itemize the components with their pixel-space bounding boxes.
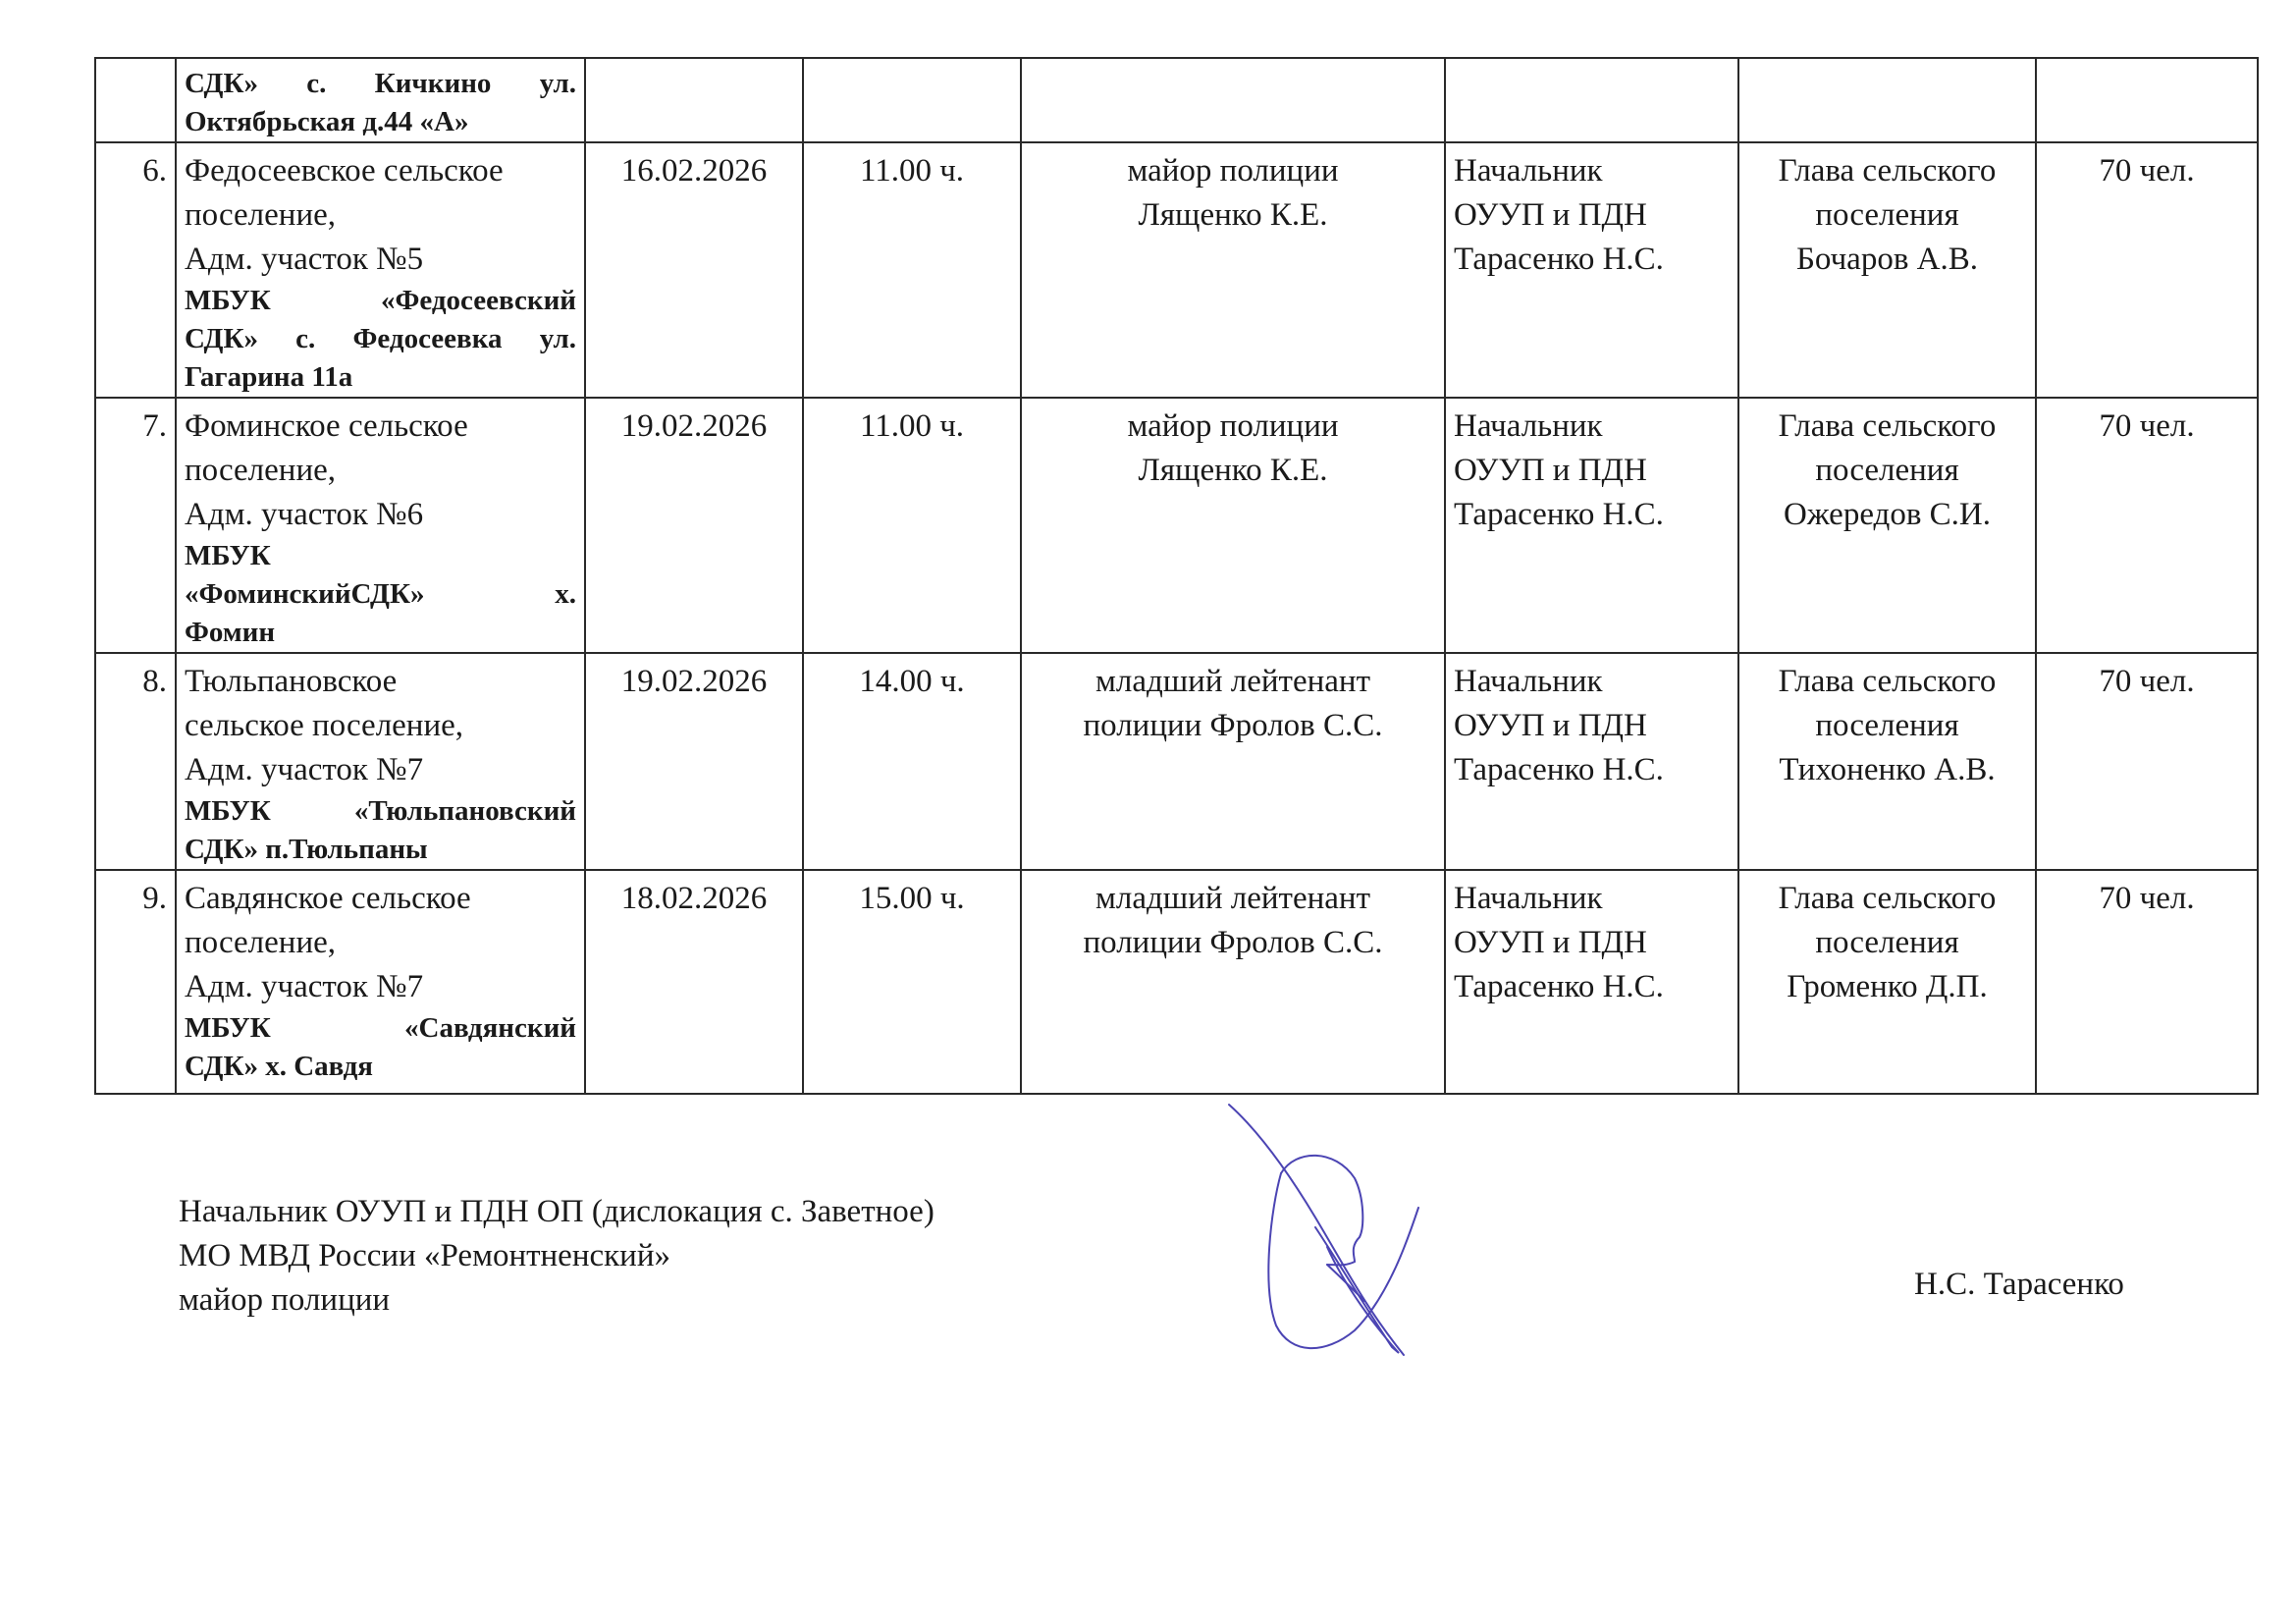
cell-chief: НачальникОУУП и ПДНТарасенко Н.С. <box>1445 870 1738 1094</box>
cell-number: 9. <box>95 870 176 1094</box>
place-line: Адм. участок №7 <box>185 965 576 1009</box>
cell-chief-line: Тарасенко Н.С. <box>1454 493 1730 537</box>
cell-count: 70 чел. <box>2036 398 2258 653</box>
cell-responsible: майор полицииЛященко К.Е. <box>1021 142 1445 398</box>
footer-organization-line: МО МВД России «Ремонтненский» <box>179 1234 934 1278</box>
place-line: Адм. участок №7 <box>185 748 576 792</box>
cell-time: 11.00 ч. <box>803 398 1021 653</box>
cell-head: Глава сельскогопоселенияБочаров А.В. <box>1738 142 2036 398</box>
place-bold-line: Октябрьская д.44 «А» <box>185 103 576 141</box>
place-line: сельское поселение, <box>185 704 576 748</box>
table-row: 9.Савдянское сельскоепоселение,Адм. учас… <box>95 870 2258 1094</box>
venue-line: СДК» х. Савдя <box>185 1048 576 1086</box>
venue-line: МБУК «Тюльпановский <box>185 792 576 831</box>
place-line: поселение, <box>185 449 576 493</box>
place-line: Фоминское сельское <box>185 405 576 449</box>
cell-chief: НачальникОУУП и ПДНТарасенко Н.С. <box>1445 398 1738 653</box>
cell-count: 70 чел. <box>2036 653 2258 870</box>
cell-place: Федосеевское сельскоепоселение,Адм. учас… <box>176 142 585 398</box>
cell-chief: НачальникОУУП и ПДНТарасенко Н.С. <box>1445 142 1738 398</box>
place-bold-line: СДК» с. Кичкино ул. <box>185 65 576 103</box>
cell-number <box>95 58 176 142</box>
cell-chief: НачальникОУУП и ПДНТарасенко Н.С. <box>1445 653 1738 870</box>
venue-line: Фомин <box>185 614 576 652</box>
cell-chief-line: Начальник <box>1454 877 1730 921</box>
cell-head-line: поселения <box>1747 449 2027 493</box>
cell-date: 19.02.2026 <box>585 398 803 653</box>
cell-time: 14.00 ч. <box>803 653 1021 870</box>
cell-chief-line: Тарасенко Н.С. <box>1454 238 1730 282</box>
cell-date: 16.02.2026 <box>585 142 803 398</box>
cell-head-line: поселения <box>1747 921 2027 965</box>
cell-place: Савдянское сельскоепоселение,Адм. участо… <box>176 870 585 1094</box>
place-line: Савдянское сельское <box>185 877 576 921</box>
cell-time: 15.00 ч. <box>803 870 1021 1094</box>
cell-chief-line: Начальник <box>1454 405 1730 449</box>
cell-head-line: Глава сельского <box>1747 149 2027 193</box>
schedule-table: СДК» с. Кичкино ул. Октябрьская д.44 «А»… <box>94 57 2259 1095</box>
footer-signature-block: Начальник ОУУП и ПДН ОП (дислокация с. З… <box>179 1190 934 1323</box>
cell-responsible <box>1021 58 1445 142</box>
cell-time: 11.00 ч. <box>803 142 1021 398</box>
venue-line: «ФоминскийСДК» х. <box>185 575 576 614</box>
cell-head-line: Глава сельского <box>1747 877 2027 921</box>
cell-head-line: поселения <box>1747 704 2027 748</box>
cell-responsible-line: младший лейтенант <box>1030 877 1436 921</box>
cell-head: Глава сельскогопоселенияГроменко Д.П. <box>1738 870 2036 1094</box>
cell-place: Тюльпановскоесельское поселение,Адм. уча… <box>176 653 585 870</box>
cell-chief-line: ОУУП и ПДН <box>1454 193 1730 238</box>
place-line: поселение, <box>185 193 576 238</box>
venue-line: СДК» п.Тюльпаны <box>185 831 576 869</box>
cell-chief-line: Тарасенко Н.С. <box>1454 748 1730 792</box>
cell-place: СДК» с. Кичкино ул. Октябрьская д.44 «А» <box>176 58 585 142</box>
venue-line: СДК» с. Федосеевка ул. <box>185 320 576 358</box>
cell-head-line: Глава сельского <box>1747 405 2027 449</box>
table-row: 6.Федосеевское сельскоепоселение,Адм. уч… <box>95 142 2258 398</box>
cell-chief-line: Начальник <box>1454 149 1730 193</box>
cell-number: 7. <box>95 398 176 653</box>
cell-count: 70 чел. <box>2036 870 2258 1094</box>
cell-head <box>1738 58 2036 142</box>
cell-responsible: младший лейтенантполиции Фролов С.С. <box>1021 870 1445 1094</box>
venue-line: МБУК «Савдянский <box>185 1009 576 1048</box>
table-row: 7.Фоминское сельскоепоселение,Адм. участ… <box>95 398 2258 653</box>
cell-count: 70 чел. <box>2036 142 2258 398</box>
cell-time <box>803 58 1021 142</box>
venue-line: МБУК «Федосеевский <box>185 282 576 320</box>
cell-responsible-line: Лященко К.Е. <box>1030 449 1436 493</box>
place-line: Тюльпановское <box>185 660 576 704</box>
cell-head-line: Тихоненко А.В. <box>1747 748 2027 792</box>
cell-responsible-line: майор полиции <box>1030 149 1436 193</box>
cell-head-line: Бочаров А.В. <box>1747 238 2027 282</box>
cell-responsible-line: Лященко К.Е. <box>1030 193 1436 238</box>
cell-head-line: Глава сельского <box>1747 660 2027 704</box>
table-row: 8.Тюльпановскоесельское поселение,Адм. у… <box>95 653 2258 870</box>
cell-head-line: Ожередов С.И. <box>1747 493 2027 537</box>
cell-head: Глава сельскогопоселенияОжередов С.И. <box>1738 398 2036 653</box>
cell-chief-line: Начальник <box>1454 660 1730 704</box>
cell-number: 8. <box>95 653 176 870</box>
cell-date: 18.02.2026 <box>585 870 803 1094</box>
place-line: Федосеевское сельское <box>185 149 576 193</box>
cell-head-line: Громенко Д.П. <box>1747 965 2027 1009</box>
cell-responsible: майор полицииЛященко К.Е. <box>1021 398 1445 653</box>
cell-head: Глава сельскогопоселенияТихоненко А.В. <box>1738 653 2036 870</box>
cell-count <box>2036 58 2258 142</box>
cell-responsible: младший лейтенантполиции Фролов С.С. <box>1021 653 1445 870</box>
cell-chief-line: ОУУП и ПДН <box>1454 921 1730 965</box>
place-line: Адм. участок №6 <box>185 493 576 537</box>
footer-rank-line: майор полиции <box>179 1278 934 1323</box>
cell-responsible-line: полиции Фролов С.С. <box>1030 704 1436 748</box>
venue-line: МБУК <box>185 537 576 575</box>
cell-responsible-line: младший лейтенант <box>1030 660 1436 704</box>
cell-responsible-line: полиции Фролов С.С. <box>1030 921 1436 965</box>
cell-chief <box>1445 58 1738 142</box>
venue-line: Гагарина 11а <box>185 358 576 397</box>
footer-position-line: Начальник ОУУП и ПДН ОП (дислокация с. З… <box>179 1190 934 1234</box>
signer-name: Н.С. Тарасенко <box>1914 1267 2124 1303</box>
cell-chief-line: ОУУП и ПДН <box>1454 704 1730 748</box>
cell-responsible-line: майор полиции <box>1030 405 1436 449</box>
cell-head-line: поселения <box>1747 193 2027 238</box>
handwritten-signature-icon <box>1217 1090 1443 1375</box>
cell-chief-line: Тарасенко Н.С. <box>1454 965 1730 1009</box>
cell-chief-line: ОУУП и ПДН <box>1454 449 1730 493</box>
document-page: СДК» с. Кичкино ул. Октябрьская д.44 «А»… <box>0 0 2296 1623</box>
cell-date <box>585 58 803 142</box>
table-row-continuation: СДК» с. Кичкино ул. Октябрьская д.44 «А» <box>95 58 2258 142</box>
cell-date: 19.02.2026 <box>585 653 803 870</box>
place-line: Адм. участок №5 <box>185 238 576 282</box>
place-line: поселение, <box>185 921 576 965</box>
cell-number: 6. <box>95 142 176 398</box>
cell-place: Фоминское сельскоепоселение,Адм. участок… <box>176 398 585 653</box>
